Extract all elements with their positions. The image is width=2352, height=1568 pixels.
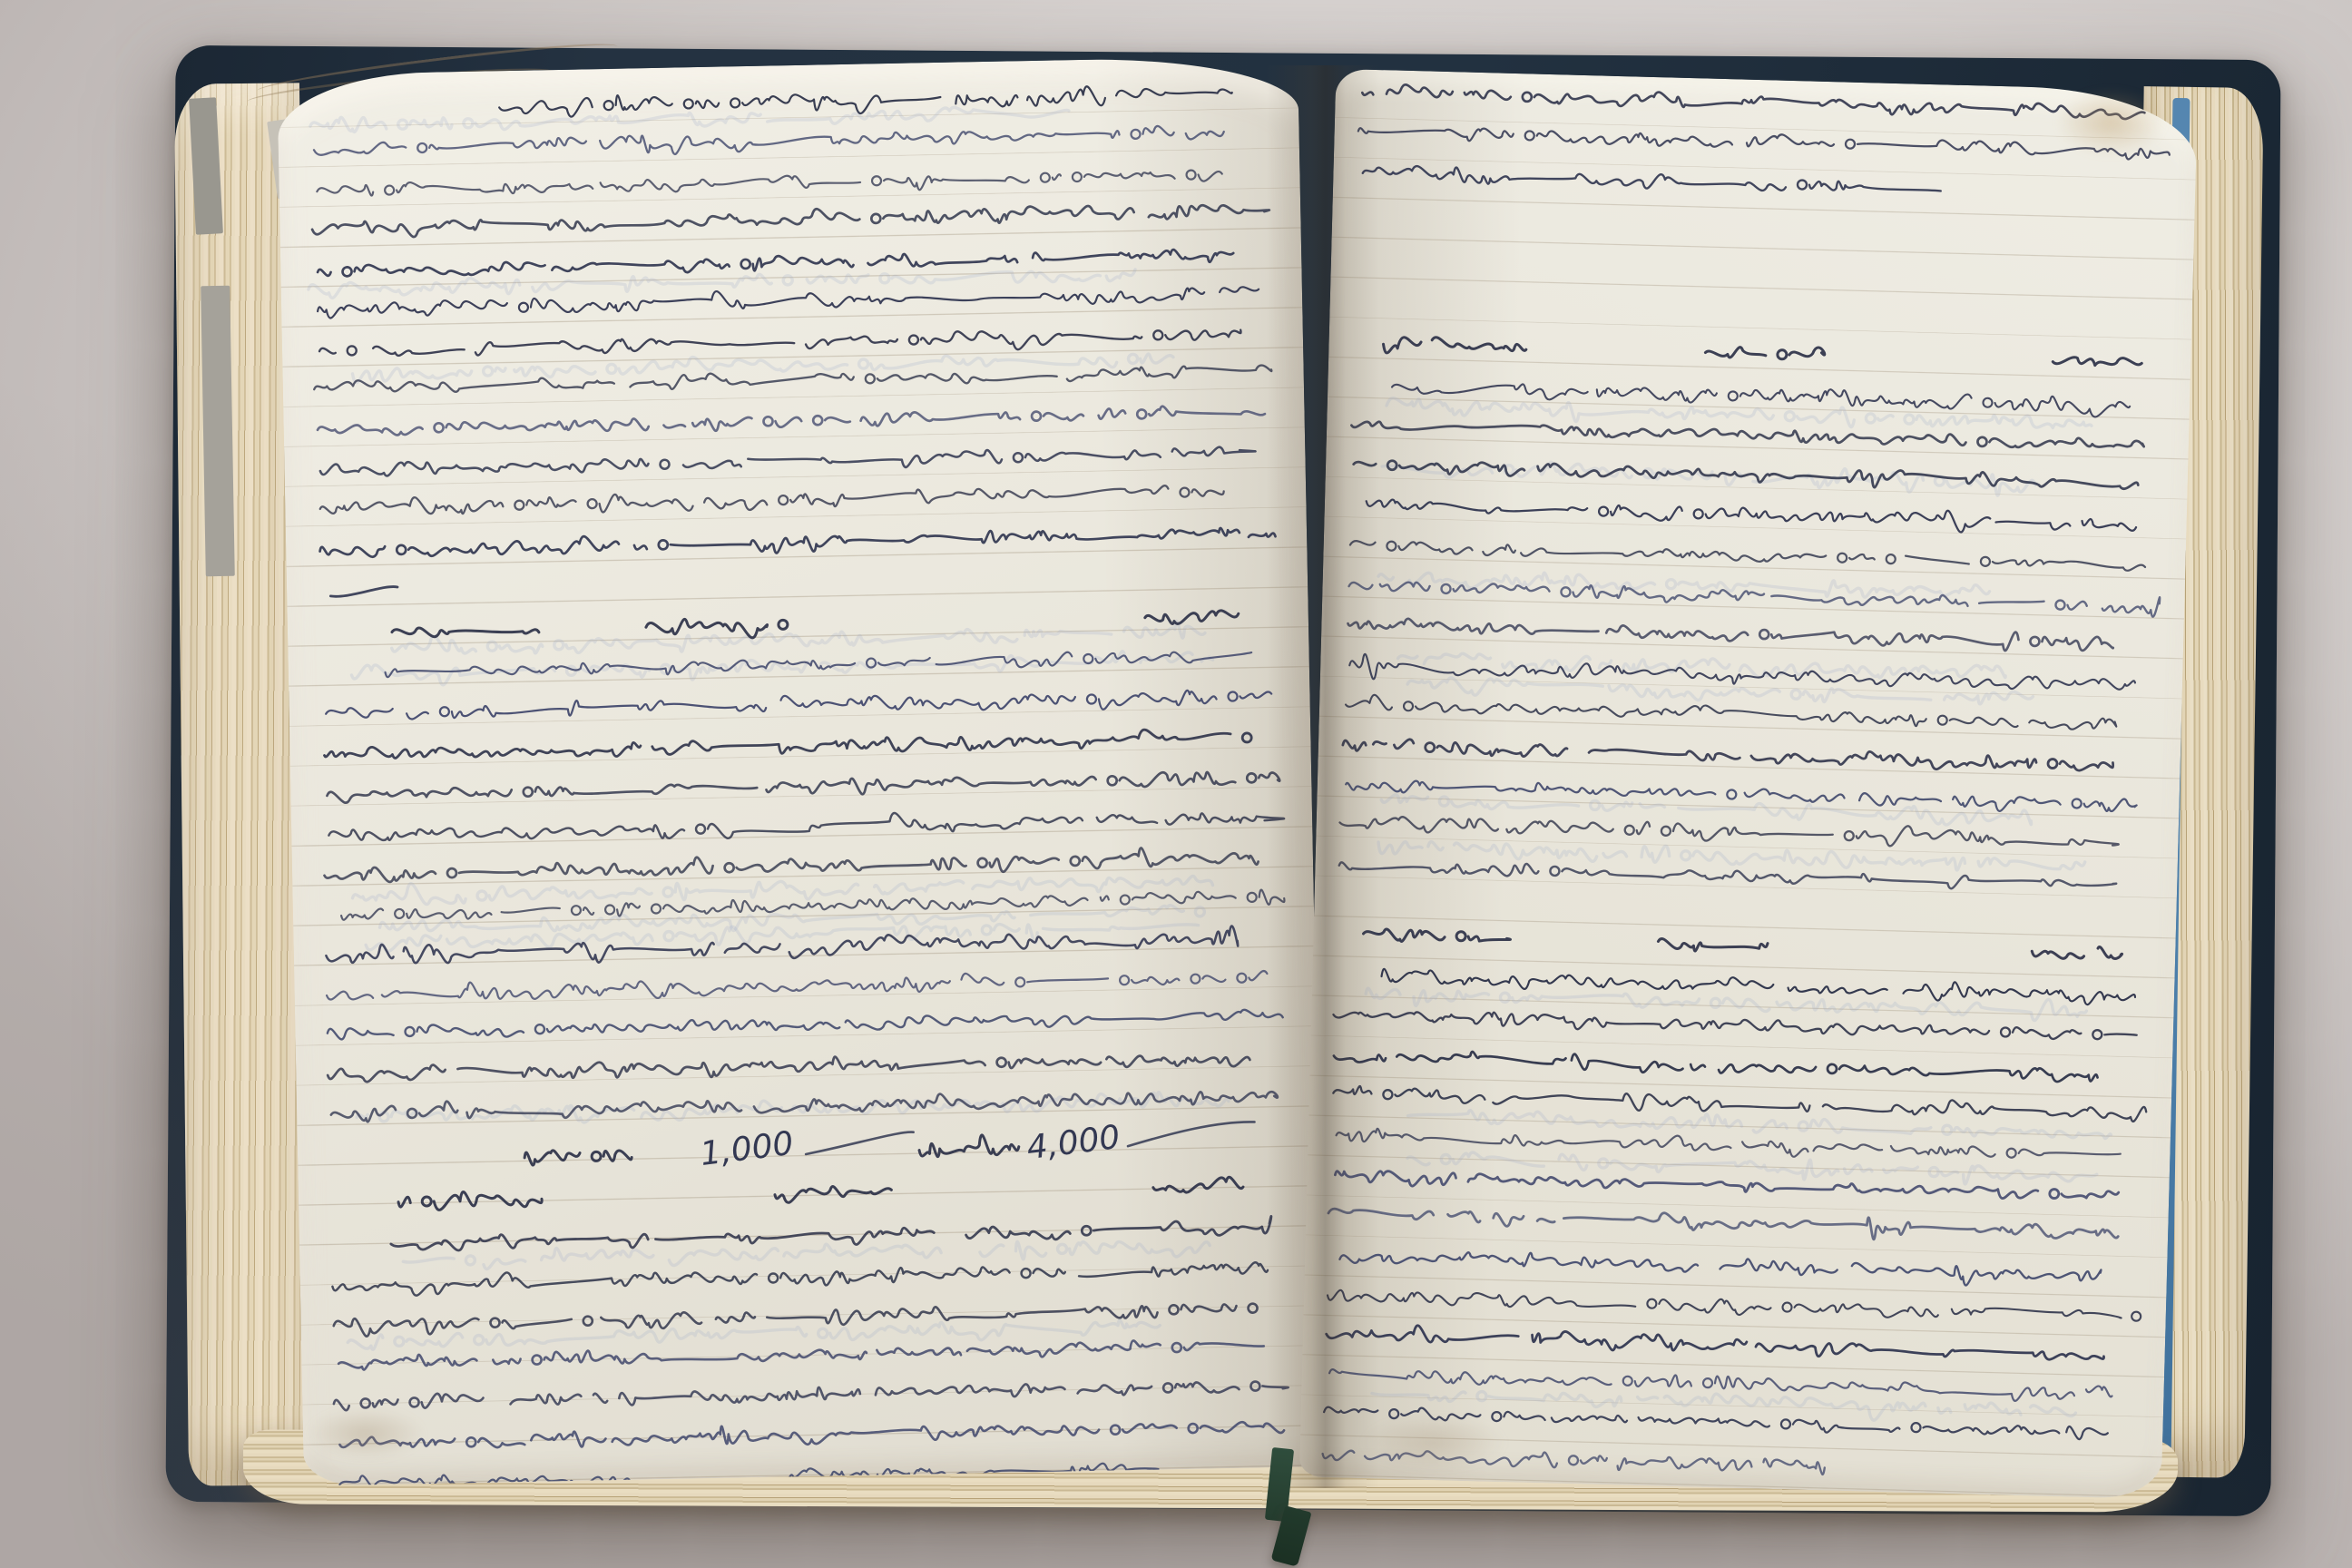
handwriting-stroke [1350, 541, 2145, 573]
handwriting-stroke [1324, 1406, 2108, 1440]
money-used-value: 1,000 [698, 1125, 795, 1173]
handwriting-stroke [392, 625, 539, 637]
handwriting-stroke [379, 904, 1207, 937]
handwriting-stroke [1128, 1122, 1255, 1146]
diary-paragraph: illegible cursive diary text [1338, 377, 2165, 894]
entry-heading: 9月28日 月曜日 晴天 [392, 609, 1239, 645]
handwriting-stroke [1366, 495, 2144, 537]
entry-heading: 9月29日 火曜日 晴天 [398, 1177, 1243, 1210]
handwriting-stroke [1658, 938, 1768, 953]
handwriting-stroke [330, 586, 397, 596]
money-note: 用銭 1,000 同残 4,0001,0004,000 [524, 1116, 1256, 1177]
handwriting-stroke [328, 1009, 1283, 1041]
diary-paragraph: illegible cursive diary text [1322, 965, 2152, 1484]
handwriting-stroke [366, 917, 1199, 955]
handwriting-stroke [320, 445, 1256, 478]
handwriting-stroke [2053, 357, 2141, 367]
balance-value: 4,000 [1024, 1119, 1122, 1167]
handwriting-stroke [524, 1149, 632, 1165]
handwriting-stroke [1348, 576, 2160, 617]
handwriting-stroke [806, 1132, 914, 1153]
diary-page-right: illegible cursive diary text9月30日 水曜日 晴天… [1299, 69, 2198, 1499]
diary-paragraph: illegible cursive diary text [319, 648, 1289, 1122]
handwriting-stroke [1363, 165, 1942, 197]
handwriting-stroke [1346, 694, 2117, 731]
handwriting-stroke [1153, 1177, 1243, 1193]
entry-heading: 9月30日 水曜日 晴天 [1383, 336, 2141, 372]
handwriting-stroke [1383, 336, 1526, 357]
handwriting-stroke [317, 167, 1237, 201]
handwriting-stroke [348, 1318, 1160, 1352]
handwriting-stroke [312, 201, 1269, 240]
handwriting-stroke [2032, 946, 2122, 960]
handwriting-stroke [1328, 1289, 2144, 1325]
handwriting-stroke [391, 621, 1205, 657]
handwriting-stroke [775, 1185, 892, 1202]
handwriting-stroke [1339, 811, 2119, 852]
handwriting-stroke [1322, 1446, 1825, 1475]
handwriting-stroke [1381, 967, 2135, 1006]
handwriting-stroke [1381, 792, 2032, 827]
handwriting-stroke [1387, 396, 2092, 435]
handwriting-stroke [398, 1191, 542, 1210]
handwriting-stroke [320, 482, 1224, 518]
handwriting-stroke [327, 770, 1279, 805]
handwriting-stroke [1326, 1323, 2104, 1364]
handwriting-stroke [327, 967, 1268, 1004]
handwriting-stroke [314, 363, 1271, 397]
handwriting-stroke [334, 1300, 1260, 1337]
handwriting-stroke [403, 1235, 1222, 1271]
handwriting-stroke [328, 1049, 1250, 1084]
handwriting-stroke [1372, 1385, 2076, 1426]
handwriting-stroke [1334, 1048, 2098, 1084]
handwriting-stroke [1705, 345, 1825, 360]
photo-scene: illegible cursive diary text又。9月28日 月曜日 … [0, 0, 2352, 1568]
handwriting-stroke [1366, 982, 2087, 1024]
handwriting-stroke [1358, 123, 2170, 161]
handwriting-left-page: illegible cursive diary text又。9月28日 月曜日 … [277, 55, 1325, 1485]
handwriting-stroke [328, 806, 1284, 847]
handwriting-right-page: illegible cursive diary text9月30日 水曜日 晴天… [1299, 69, 2198, 1499]
handwriting-stroke [1362, 83, 2145, 121]
handwriting-stroke [1347, 614, 2113, 653]
handwriting-stroke [1328, 1203, 2119, 1246]
handwriting-stroke [319, 524, 1275, 563]
handwriting-stroke [318, 405, 1265, 439]
handwriting-stroke [1339, 1248, 2101, 1289]
handwriting-stroke [339, 1416, 1284, 1454]
handwriting-stroke [1351, 418, 2144, 451]
handwriting-stroke [1335, 1170, 2119, 1204]
handwriting-stroke [352, 868, 1212, 908]
handwriting-stroke [919, 1134, 1019, 1157]
paragraph-end-mark: 又。 [330, 586, 397, 596]
diary-paragraph: illegible cursive diary text [1357, 83, 2171, 202]
handwriting-stroke [1145, 610, 1239, 624]
handwriting-stroke [1363, 928, 1510, 944]
handwriting-stroke [1343, 738, 2113, 774]
entry-heading: 10月1日 木曜日 晴天 [1363, 927, 2122, 962]
handwriting-stroke [334, 1377, 1289, 1411]
diary-page-left: illegible cursive diary text又。9月28日 月曜日 … [277, 55, 1325, 1485]
diary-paragraph: illegible cursive diary text [309, 83, 1276, 562]
handwriting-stroke [1333, 1008, 2137, 1044]
handwriting-stroke [326, 687, 1271, 725]
handwriting-stroke [326, 926, 1238, 967]
handwriting-stroke [1333, 1084, 2146, 1124]
handwriting-stroke [1339, 859, 2117, 893]
handwriting-stroke [324, 728, 1254, 763]
gray-index-tab [201, 286, 235, 577]
